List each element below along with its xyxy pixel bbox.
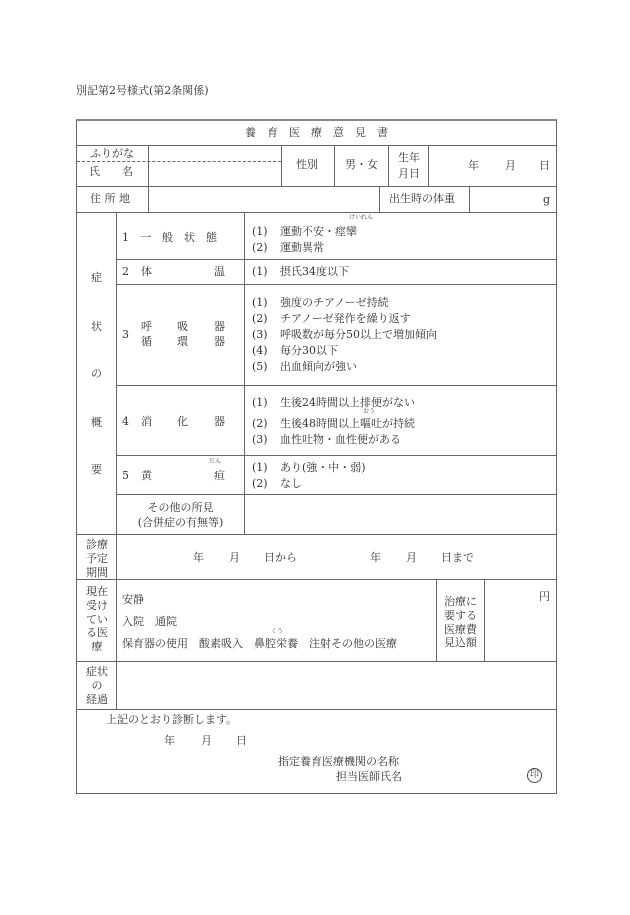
symptom-item[interactable]: (2)生後48時間以上嘔吐が持続 — [252, 418, 415, 429]
form-title: 養 育 医 療 意 見 書 — [76, 127, 557, 138]
treatment-option-rest[interactable]: 安静 — [122, 594, 144, 605]
section-label-char: 概 — [91, 417, 102, 428]
treatment-options-line3[interactable]: 保育器の使用 酸素吸入 鼻腔栄養 注射その他の医療 — [122, 638, 397, 649]
birth-weight-input[interactable]: g — [471, 188, 554, 210]
symptom-progress-label: 症状 の 経過 — [80, 665, 114, 706]
symptom-item[interactable]: (4)毎分30以下 — [252, 345, 338, 356]
ruby: だん — [209, 459, 221, 465]
symptom-item[interactable]: (3)呼吸数が毎分50以上で増加傾向 — [252, 329, 437, 340]
current-treatment-label: 現在 受け てい る医 療 — [80, 585, 114, 654]
symptom-item[interactable]: (2)なし — [252, 478, 302, 489]
symptom-category-digestive: 消 — [141, 416, 152, 427]
other-findings-input[interactable] — [246, 496, 554, 532]
cost-estimate-input[interactable]: 円 — [486, 581, 554, 659]
doctor-name-input[interactable] — [410, 768, 520, 784]
institution-label: 指定養育医療機関の名称 — [278, 756, 399, 767]
symptom-category-jaundice: 黄 — [141, 470, 152, 481]
symptom-item[interactable]: (1)運動不安・痙攣 — [252, 226, 357, 237]
doctor-label: 担当医師氏名 — [336, 771, 402, 782]
other-findings-sub: (合併症の有無等) — [117, 517, 244, 528]
name-label: 氏 名 — [89, 166, 133, 177]
treatment-period-field[interactable]: 年 月 日から 年 月 日まで — [118, 536, 554, 577]
symptom-item[interactable]: (1)あり(強・中・弱) — [252, 462, 366, 473]
ruby: くう — [271, 629, 283, 635]
diagnosis-statement: 上記のとおり診断します。 — [106, 714, 237, 725]
ruby: けいれん — [349, 215, 373, 221]
section-label-char: 要 — [91, 464, 102, 475]
address-input[interactable] — [150, 188, 376, 210]
symptom-item[interactable]: (1)強度のチアノーゼ持続 — [252, 297, 389, 308]
section-label-char: 状 — [91, 321, 102, 332]
section-label-char: 症 — [91, 272, 102, 283]
symptom-category-resp: 呼 — [141, 321, 152, 332]
seal-icon: 印 — [527, 768, 542, 783]
form-number-note: 別記第2号様式(第2条関係) — [76, 85, 209, 96]
symptom-category-general: 1 一 般 状 態 — [122, 232, 217, 243]
furigana-label: ふりがな — [90, 148, 134, 159]
symptom-item[interactable]: (2)チアノーゼ発作を繰り返す — [252, 313, 411, 324]
cost-estimate-label: 治療に 要する 医療費 見込額 — [438, 595, 483, 650]
birthdate-field[interactable]: 年 月 日 — [430, 147, 554, 184]
symptom-item[interactable]: (1)生後24時間以上排便がない — [252, 397, 415, 408]
symptom-item[interactable]: (3)血性吐物・血性便がある — [252, 434, 401, 445]
birth-weight-label: 出生時の体重 — [389, 193, 455, 204]
ruby: おう — [363, 409, 375, 415]
birth-label-2: 月日 — [398, 168, 420, 179]
treatment-period-label: 診療 予定 期間 — [80, 538, 114, 579]
symptom-item[interactable]: (1)摂氏34度以下 — [252, 266, 349, 277]
birth-label-1: 生年 — [398, 152, 420, 163]
symptom-item[interactable]: (5)出血傾向が強い — [252, 361, 357, 372]
symptom-progress-input[interactable] — [118, 663, 554, 707]
sex-label: 性別 — [296, 159, 318, 170]
other-findings-label: その他の所見 — [117, 502, 244, 513]
sex-options[interactable]: 男・女 — [345, 159, 378, 170]
diagnosis-date-field[interactable]: 年 月 日 — [160, 732, 260, 748]
furigana-input[interactable] — [150, 147, 278, 160]
symptom-category-temp: 体 — [141, 266, 152, 277]
treatment-option-inpatient-outpatient[interactable]: 入院 通院 — [122, 616, 177, 627]
section-label-char: の — [91, 368, 102, 379]
name-input[interactable] — [150, 163, 278, 184]
institution-input[interactable] — [410, 752, 550, 768]
symptom-item[interactable]: (2)運動異常 — [252, 242, 324, 253]
address-label: 住 所 地 — [90, 193, 130, 204]
